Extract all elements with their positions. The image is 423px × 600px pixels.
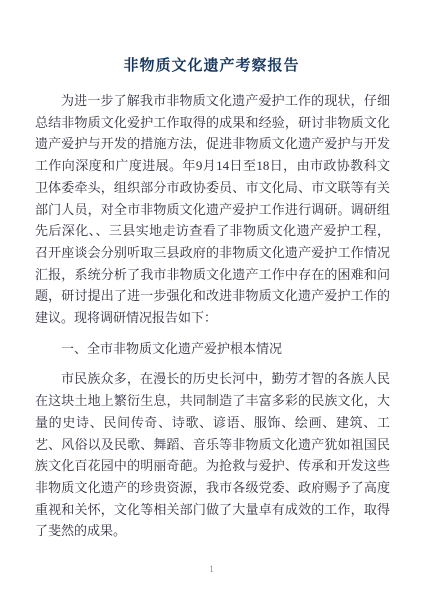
body-paragraph: 市民族众多，在漫长的历史长河中，勤劳才智的各族人民在这块土地上繁衍生息，共同制造…: [35, 368, 390, 542]
section-heading: 一、全市非物质文化遗产爱护根本情况: [35, 338, 390, 360]
document-title: 非物质文化遗产考察报告: [0, 56, 423, 76]
page-number: 1: [0, 564, 423, 574]
document-page: 非物质文化遗产考察报告 为进一步了解我市非物质文化遗产爱护工作的现状，仔细总结非…: [0, 0, 423, 600]
document-body: 为进一步了解我市非物质文化遗产爱护工作的现状，仔细总结非物质文化爱护工作取得的成…: [35, 90, 390, 542]
body-paragraph: 为进一步了解我市非物质文化遗产爱护工作的现状，仔细总结非物质文化爱护工作取得的成…: [35, 90, 390, 329]
